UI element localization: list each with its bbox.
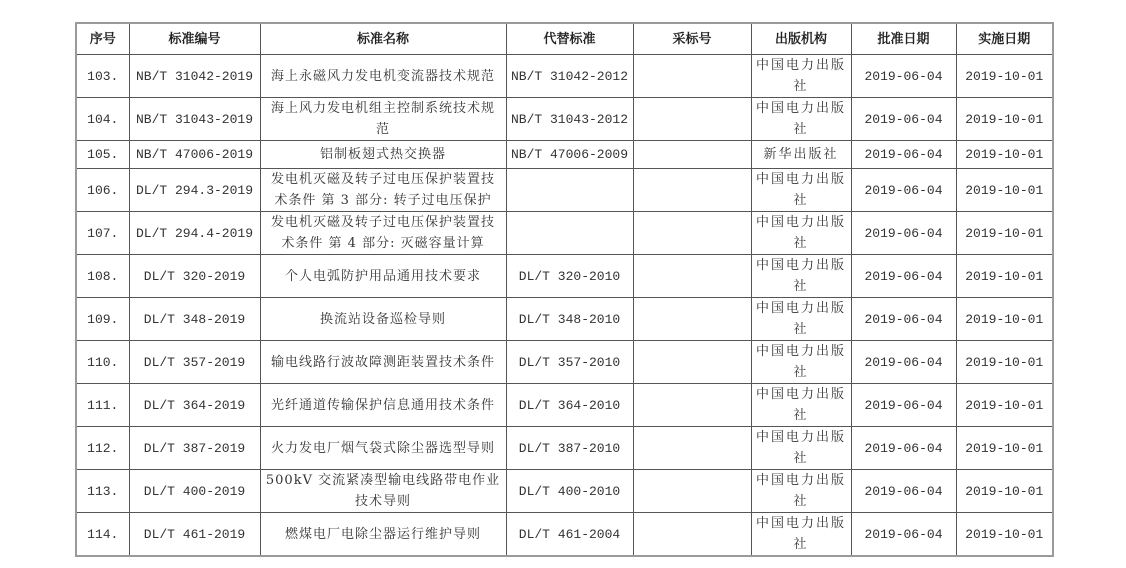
row-adopted [633,341,751,384]
row-no: 107. [76,212,129,255]
row-publisher: 中国电力出版社 [751,470,851,513]
header-adopted: 采标号 [633,23,751,55]
row-code: DL/T 387-2019 [129,427,260,470]
row-effective: 2019-10-01 [956,513,1053,557]
row-approved: 2019-06-04 [851,98,956,141]
row-replaces: DL/T 364-2010 [506,384,633,427]
table-row: 105. NB/T 47006-2019 铝制板翅式热交换器 NB/T 4700… [76,141,1053,169]
row-no: 103. [76,55,129,98]
row-adopted [633,384,751,427]
header-code: 标准编号 [129,23,260,55]
row-effective: 2019-10-01 [956,212,1053,255]
row-publisher: 中国电力出版社 [751,298,851,341]
row-approved: 2019-06-04 [851,298,956,341]
row-publisher: 中国电力出版社 [751,255,851,298]
row-code: DL/T 400-2019 [129,470,260,513]
table-row: 104. NB/T 31043-2019 海上风力发电机组主控制系统技术规范 N… [76,98,1053,141]
row-code: DL/T 348-2019 [129,298,260,341]
row-approved: 2019-06-04 [851,513,956,557]
header-row: 序号 标准编号 标准名称 代替标准 采标号 出版机构 批准日期 实施日期 [76,23,1053,55]
row-effective: 2019-10-01 [956,298,1053,341]
row-replaces: DL/T 348-2010 [506,298,633,341]
row-name: 个人电弧防护用品通用技术要求 [260,255,506,298]
row-approved: 2019-06-04 [851,212,956,255]
row-code: DL/T 357-2019 [129,341,260,384]
row-publisher: 中国电力出版社 [751,169,851,212]
row-publisher: 中国电力出版社 [751,427,851,470]
row-code: DL/T 320-2019 [129,255,260,298]
row-name: 换流站设备巡检导则 [260,298,506,341]
table-row: 112. DL/T 387-2019 火力发电厂烟气袋式除尘器选型导则 DL/T… [76,427,1053,470]
row-replaces [506,212,633,255]
header-approved: 批准日期 [851,23,956,55]
row-approved: 2019-06-04 [851,470,956,513]
row-code: DL/T 461-2019 [129,513,260,557]
row-replaces [506,169,633,212]
row-approved: 2019-06-04 [851,341,956,384]
row-no: 104. [76,98,129,141]
row-code: DL/T 294.3-2019 [129,169,260,212]
row-replaces: NB/T 47006-2009 [506,141,633,169]
row-effective: 2019-10-01 [956,169,1053,212]
row-name: 500kV 交流紧凑型输电线路带电作业技术导则 [260,470,506,513]
row-effective: 2019-10-01 [956,341,1053,384]
table-row: 107. DL/T 294.4-2019 发电机灭磁及转子过电压保护装置技术条件… [76,212,1053,255]
row-code: NB/T 31043-2019 [129,98,260,141]
row-name: 海上风力发电机组主控制系统技术规范 [260,98,506,141]
row-adopted [633,298,751,341]
row-publisher: 中国电力出版社 [751,55,851,98]
row-publisher: 中国电力出版社 [751,384,851,427]
row-replaces: NB/T 31043-2012 [506,98,633,141]
row-no: 111. [76,384,129,427]
table-row: 103. NB/T 31042-2019 海上永磁风力发电机变流器技术规范 NB… [76,55,1053,98]
row-code: DL/T 364-2019 [129,384,260,427]
row-effective: 2019-10-01 [956,55,1053,98]
row-replaces: NB/T 31042-2012 [506,55,633,98]
row-name: 铝制板翅式热交换器 [260,141,506,169]
table-row: 111. DL/T 364-2019 光纤通道传输保护信息通用技术条件 DL/T… [76,384,1053,427]
table-row: 109. DL/T 348-2019 换流站设备巡检导则 DL/T 348-20… [76,298,1053,341]
header-no: 序号 [76,23,129,55]
row-adopted [633,98,751,141]
header-publisher: 出版机构 [751,23,851,55]
row-approved: 2019-06-04 [851,169,956,212]
row-name: 海上永磁风力发电机变流器技术规范 [260,55,506,98]
row-approved: 2019-06-04 [851,141,956,169]
row-approved: 2019-06-04 [851,384,956,427]
row-replaces: DL/T 461-2004 [506,513,633,557]
table-row: 106. DL/T 294.3-2019 发电机灭磁及转子过电压保护装置技术条件… [76,169,1053,212]
table-row: 114. DL/T 461-2019 燃煤电厂电除尘器运行维护导则 DL/T 4… [76,513,1053,557]
row-name: 输电线路行波故障测距装置技术条件 [260,341,506,384]
table-row: 108. DL/T 320-2019 个人电弧防护用品通用技术要求 DL/T 3… [76,255,1053,298]
row-replaces: DL/T 400-2010 [506,470,633,513]
row-publisher: 中国电力出版社 [751,212,851,255]
row-name: 光纤通道传输保护信息通用技术条件 [260,384,506,427]
row-no: 114. [76,513,129,557]
table-row: 110. DL/T 357-2019 输电线路行波故障测距装置技术条件 DL/T… [76,341,1053,384]
row-replaces: DL/T 357-2010 [506,341,633,384]
table-row: 113. DL/T 400-2019 500kV 交流紧凑型输电线路带电作业技术… [76,470,1053,513]
row-effective: 2019-10-01 [956,98,1053,141]
row-name: 发电机灭磁及转子过电压保护装置技术条件 第 4 部分: 灭磁容量计算 [260,212,506,255]
header-name: 标准名称 [260,23,506,55]
row-effective: 2019-10-01 [956,384,1053,427]
row-publisher: 中国电力出版社 [751,513,851,557]
header-effective: 实施日期 [956,23,1053,55]
row-name: 发电机灭磁及转子过电压保护装置技术条件 第 3 部分: 转子过电压保护 [260,169,506,212]
row-approved: 2019-06-04 [851,255,956,298]
row-adopted [633,212,751,255]
row-name: 燃煤电厂电除尘器运行维护导则 [260,513,506,557]
row-no: 112. [76,427,129,470]
row-no: 109. [76,298,129,341]
row-effective: 2019-10-01 [956,470,1053,513]
row-code: NB/T 47006-2019 [129,141,260,169]
row-adopted [633,55,751,98]
row-no: 106. [76,169,129,212]
row-adopted [633,141,751,169]
header-replaces: 代替标准 [506,23,633,55]
row-adopted [633,470,751,513]
row-no: 113. [76,470,129,513]
row-replaces: DL/T 387-2010 [506,427,633,470]
row-adopted [633,169,751,212]
row-code: DL/T 294.4-2019 [129,212,260,255]
row-no: 110. [76,341,129,384]
row-adopted [633,427,751,470]
row-publisher: 中国电力出版社 [751,98,851,141]
row-no: 108. [76,255,129,298]
row-approved: 2019-06-04 [851,427,956,470]
row-publisher: 中国电力出版社 [751,341,851,384]
row-adopted [633,255,751,298]
row-replaces: DL/T 320-2010 [506,255,633,298]
row-no: 105. [76,141,129,169]
row-publisher: 新华出版社 [751,141,851,169]
row-effective: 2019-10-01 [956,255,1053,298]
row-approved: 2019-06-04 [851,55,956,98]
row-effective: 2019-10-01 [956,141,1053,169]
row-adopted [633,513,751,557]
row-name: 火力发电厂烟气袋式除尘器选型导则 [260,427,506,470]
row-code: NB/T 31042-2019 [129,55,260,98]
row-effective: 2019-10-01 [956,427,1053,470]
standards-table: 序号 标准编号 标准名称 代替标准 采标号 出版机构 批准日期 实施日期 103… [75,22,1054,557]
